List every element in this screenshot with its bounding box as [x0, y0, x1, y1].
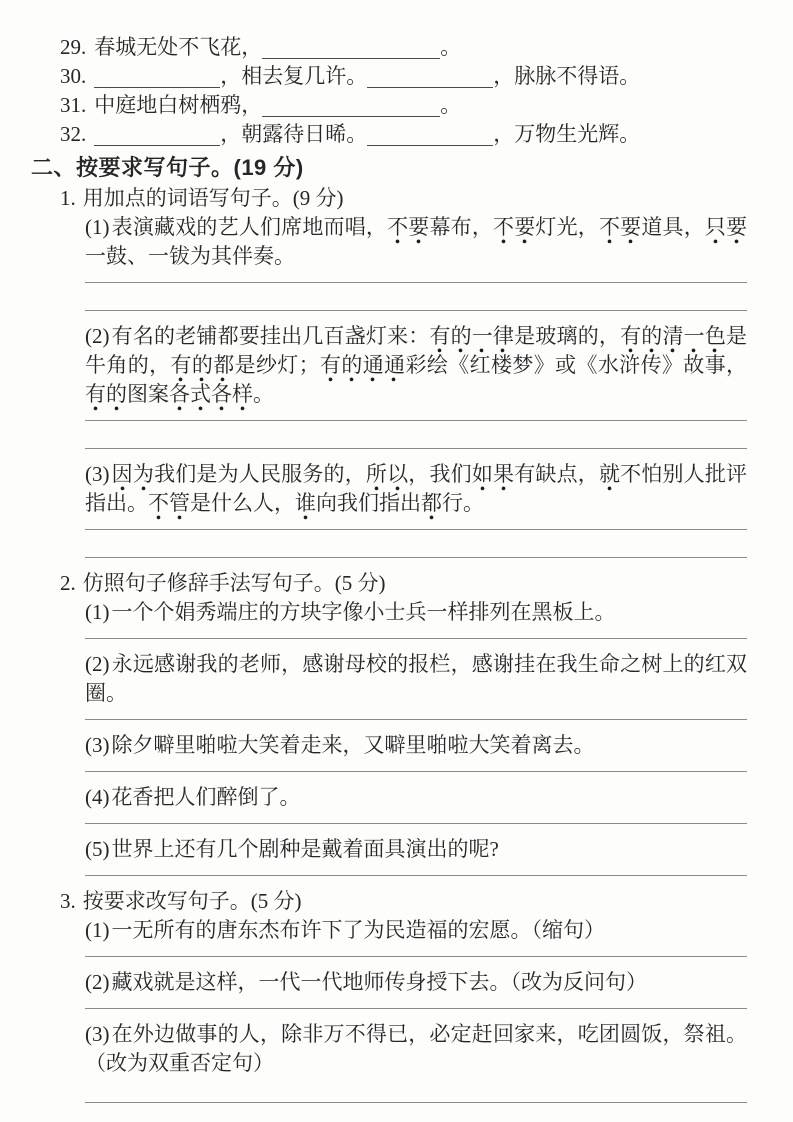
- question-item: (1)一无所有的唐东杰布许下了为民造福的宏愿。（缩句）: [85, 916, 747, 957]
- answer-line[interactable]: [85, 282, 747, 283]
- poem-fill-item: 31.中庭地白树栖鸦，。: [60, 91, 747, 120]
- item-label: (5): [85, 837, 110, 861]
- text-run: 幕布，: [429, 215, 493, 239]
- emphasized-word: 不管: [148, 491, 190, 520]
- item-label: (1): [85, 918, 110, 942]
- item-number: 31.: [60, 93, 86, 117]
- question-title: 按要求改写句子。(5 分): [83, 889, 302, 913]
- question-title-row: 3.按要求改写句子。(5 分): [60, 887, 747, 916]
- question-item: (2)有名的老铺都要挂出几百盏灯来：有的一律是玻璃的，有的清一色是牛角的，有的都…: [85, 322, 747, 449]
- question-items: (1)一个个娟秀端庄的方块字像小士兵一样排列在黑板上。(2)永远感谢我的老师，感…: [85, 598, 747, 876]
- text-run: 表演藏戏的艺人们席地而唱，: [112, 215, 388, 239]
- poem-fill-item: 29.春城无处不飞花，。: [60, 33, 747, 62]
- text-run: 除夕噼里啪啦大笑着走来，又噼里啪啦大笑着离去。: [112, 733, 595, 757]
- fill-in-blank[interactable]: [94, 144, 220, 146]
- text-run: 向我们指出: [316, 491, 421, 515]
- emphasized-word: 谁: [295, 491, 316, 520]
- item-label: (1): [85, 215, 110, 239]
- text-run: 藏戏就是这样，一代一代地师传身授下去。（改为反问句）: [112, 970, 648, 994]
- text-run: ，相去复几许。: [220, 64, 367, 88]
- item-label: (3): [85, 733, 110, 757]
- text-run: 图案: [127, 382, 169, 406]
- item-number: 30.: [60, 64, 86, 88]
- text-run: 是玻璃的，: [514, 324, 620, 348]
- item-sentence: (5)世界上还有几个剧种是戴着面具演出的呢?: [85, 835, 747, 864]
- emphasized-word: 有的都: [170, 353, 234, 382]
- fill-in-blank[interactable]: [262, 115, 440, 117]
- answer-line[interactable]: [85, 956, 747, 957]
- text-run: 一无所有的唐东杰布许下了为民造福的宏愿。（缩句）: [112, 918, 606, 942]
- emphasized-word: 有的一律: [429, 324, 514, 353]
- emphasized-word: 有的: [85, 382, 127, 411]
- question-item: (4)花香把人们醉倒了。: [85, 783, 747, 824]
- fill-in-blank[interactable]: [367, 144, 493, 146]
- emphasized-word: 不要: [387, 215, 429, 244]
- item-label: (3): [85, 1022, 110, 1046]
- question-item: (3)在外边做事的人，除非万不得已，必定赶回家来，吃团圆饭，祭祖。（改为双重否定…: [85, 1020, 747, 1103]
- answer-line[interactable]: [85, 1008, 747, 1009]
- emphasized-word: 都: [421, 491, 442, 520]
- text-run: 春城无处不飞花，: [94, 35, 262, 59]
- item-sentence: (3)除夕噼里啪啦大笑着走来，又噼里啪啦大笑着离去。: [85, 731, 747, 760]
- item-sentence: (2)藏戏就是这样，一代一代地师传身授下去。（改为反问句）: [85, 968, 747, 997]
- text-run: 一鼓、一钹为其伴奏。: [85, 244, 295, 268]
- text-run: 是什么人，: [190, 491, 295, 515]
- item-sentence: (1)一无所有的唐东杰布许下了为民造福的宏愿。（缩句）: [85, 916, 747, 945]
- text-run: 道具，: [641, 215, 705, 239]
- answer-line[interactable]: [85, 719, 747, 720]
- section-title: 二、按要求写句子。(19 分): [31, 153, 747, 182]
- text-run: 行。: [442, 491, 484, 515]
- text-run: 彩绘《红楼梦》或《水浒传》故事，: [406, 353, 748, 377]
- question-block: 2.仿照句子修辞手法写句子。(5 分)(1)一个个娟秀端庄的方块字像小士兵一样排…: [31, 569, 747, 876]
- text-run: 永远感谢我的老师，感谢母校的报栏，感谢挂在我生命之树上的红双圈。: [85, 652, 747, 705]
- questions-section: 1.用加点的词语写句子。(9 分)(1)表演藏戏的艺人们席地而唱，不要幕布，不要…: [31, 184, 747, 1103]
- emphasized-word: 所以: [366, 462, 408, 491]
- text-run: 一个个娟秀端庄的方块字像小士兵一样排列在黑板上。: [112, 600, 616, 624]
- question-item: (3)因为我们是为人民服务的，所以，我们如果有缺点，就不怕别人批评指出。不管是什…: [85, 460, 747, 558]
- emphasized-word: 各式各样: [169, 382, 253, 411]
- text-run: 花香把人们醉倒了。: [112, 785, 301, 809]
- text-run: 。: [440, 35, 461, 59]
- question-title-row: 1.用加点的词语写句子。(9 分): [60, 184, 747, 213]
- answer-line[interactable]: [85, 529, 747, 530]
- question-items: (1)一无所有的唐东杰布许下了为民造福的宏愿。（缩句）(2)藏戏就是这样，一代一…: [85, 916, 747, 1103]
- worksheet-page: 29.春城无处不飞花，。30.，相去复几许。，脉脉不得语。31.中庭地白树栖鸦，…: [0, 0, 793, 1122]
- question-item: (2)永远感谢我的老师，感谢母校的报栏，感谢挂在我生命之树上的红双圈。: [85, 650, 747, 720]
- item-label: (2): [85, 652, 110, 676]
- poem-fill-item: 30.，相去复几许。，脉脉不得语。: [60, 62, 747, 91]
- fill-in-blank[interactable]: [367, 86, 493, 88]
- text-run: 。: [440, 93, 461, 117]
- answer-line[interactable]: [85, 771, 747, 772]
- text-run: ，万物生光辉。: [493, 122, 640, 146]
- text-run: 有名的老铺都要挂出几百盏灯来：: [112, 324, 430, 348]
- text-run: 世界上还有几个剧种是戴着面具演出的呢?: [112, 837, 499, 861]
- answer-line[interactable]: [85, 420, 747, 421]
- question-item: (1)一个个娟秀端庄的方块字像小士兵一样排列在黑板上。: [85, 598, 747, 639]
- question-item: (2)藏戏就是这样，一代一代地师传身授下去。（改为反问句）: [85, 968, 747, 1009]
- question-block: 3.按要求改写句子。(5 分)(1)一无所有的唐东杰布许下了为民造福的宏愿。（缩…: [31, 887, 747, 1103]
- answer-line[interactable]: [85, 557, 747, 558]
- item-sentence: (4)花香把人们醉倒了。: [85, 783, 747, 812]
- answer-line[interactable]: [85, 310, 747, 311]
- answer-line[interactable]: [85, 448, 747, 449]
- text-run: 灯光，: [535, 215, 599, 239]
- item-label: (2): [85, 324, 110, 348]
- emphasized-word: 因为: [112, 462, 155, 491]
- text-run: 。: [253, 382, 274, 406]
- text-run: 有缺点，: [514, 462, 599, 486]
- text-run: ，朝露待日晞。: [220, 122, 367, 146]
- text-run: 是纱灯；: [235, 353, 320, 377]
- poem-fill-item: 32.，朝露待日晞。，万物生光辉。: [60, 120, 747, 149]
- emphasized-word: 有的通通: [320, 353, 406, 382]
- text-run: 我们是为人民服务的，: [154, 462, 366, 486]
- emphasized-word: 有的清一色: [620, 324, 726, 353]
- item-number: 32.: [60, 122, 86, 146]
- item-sentence: (3)因为我们是为人民服务的，所以，我们如果有缺点，就不怕别人批评指出。不管是什…: [85, 460, 747, 518]
- question-block: 1.用加点的词语写句子。(9 分)(1)表演藏戏的艺人们席地而唱，不要幕布，不要…: [31, 184, 747, 558]
- question-title: 用加点的词语写句子。(9 分): [83, 186, 344, 210]
- fill-in-blank[interactable]: [94, 86, 220, 88]
- question-item: (3)除夕噼里啪啦大笑着走来，又噼里啪啦大笑着离去。: [85, 731, 747, 772]
- question-number: 1.: [60, 186, 76, 210]
- poem-fill-section: 29.春城无处不飞花，。30.，相去复几许。，脉脉不得语。31.中庭地白树栖鸦，…: [60, 33, 747, 149]
- emphasized-word: 就: [599, 462, 620, 491]
- question-number: 3.: [60, 889, 76, 913]
- emphasized-word: 如果: [472, 462, 514, 491]
- item-sentence: (2)有名的老铺都要挂出几百盏灯来：有的一律是玻璃的，有的清一色是牛角的，有的都…: [85, 322, 747, 409]
- emphasized-word: 只要: [705, 215, 747, 244]
- item-sentence: (1)一个个娟秀端庄的方块字像小士兵一样排列在黑板上。: [85, 598, 747, 627]
- text-run: ，脉脉不得语。: [493, 64, 640, 88]
- text-run: 中庭地白树栖鸦，: [94, 93, 262, 117]
- item-label: (2): [85, 970, 110, 994]
- answer-line[interactable]: [85, 638, 747, 639]
- fill-in-blank[interactable]: [262, 57, 440, 59]
- item-sentence: (3)在外边做事的人，除非万不得已，必定赶回家来，吃团圆饭，祭祖。（改为双重否定…: [85, 1020, 747, 1078]
- question-title-row: 2.仿照句子修辞手法写句子。(5 分): [60, 569, 747, 598]
- item-label: (3): [85, 462, 110, 486]
- text-run: ，我们: [408, 462, 472, 486]
- answer-line[interactable]: [85, 875, 747, 876]
- question-item: (1)表演藏戏的艺人们席地而唱，不要幕布，不要灯光，不要道具，只要一鼓、一钹为其…: [85, 213, 747, 311]
- item-sentence: (2)永远感谢我的老师，感谢母校的报栏，感谢挂在我生命之树上的红双圈。: [85, 650, 747, 708]
- item-label: (1): [85, 600, 110, 624]
- question-item: (5)世界上还有几个剧种是戴着面具演出的呢?: [85, 835, 747, 876]
- item-label: (4): [85, 785, 110, 809]
- question-title: 仿照句子修辞手法写句子。(5 分): [83, 571, 386, 595]
- item-number: 29.: [60, 35, 86, 59]
- text-run: 在外边做事的人，除非万不得已，必定赶回家来，吃团圆饭，祭祖。（改为双重否定句）: [85, 1022, 747, 1075]
- question-items: (1)表演藏戏的艺人们席地而唱，不要幕布，不要灯光，不要道具，只要一鼓、一钹为其…: [85, 213, 747, 558]
- answer-line[interactable]: [85, 823, 747, 824]
- emphasized-word: 不要: [599, 215, 641, 244]
- emphasized-word: 不要: [493, 215, 535, 244]
- question-number: 2.: [60, 571, 76, 595]
- item-sentence: (1)表演藏戏的艺人们席地而唱，不要幕布，不要灯光，不要道具，只要一鼓、一钹为其…: [85, 213, 747, 271]
- answer-line[interactable]: [85, 1102, 747, 1103]
